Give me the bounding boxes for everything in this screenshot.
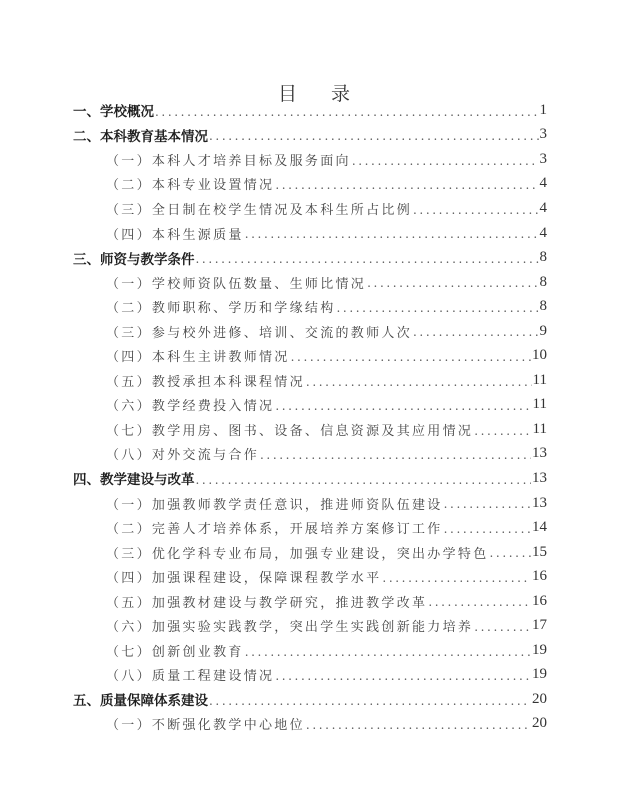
toc-subentry[interactable]: （八）对外交流与合作 13 <box>0 442 547 467</box>
toc-page-number: 13 <box>532 445 547 462</box>
dot-leader <box>306 376 532 393</box>
toc-entry-label: （八）对外交流与合作 <box>106 444 259 463</box>
dot-leader <box>245 228 539 245</box>
toc-entry-label: （二）本科专业设置情况 <box>106 174 274 193</box>
toc-page-number: 3 <box>540 151 548 168</box>
toc-page-number: 19 <box>532 642 547 659</box>
toc-entry-label: 四、教学建设与改革 <box>73 468 195 488</box>
dot-leader <box>196 474 532 491</box>
document-page: 目 录 一、学校概况 1 二、本科教育基本情况 3 （一）本科人才培养目标及服务… <box>0 0 628 812</box>
toc-entry-label: （六）教学经费投入情况 <box>106 395 274 414</box>
toc-subentry[interactable]: （五）加强教材建设与教学研究，推进教学改革 16 <box>0 589 547 614</box>
toc-entry-label: （二）教师职称、学历和学缘结构 <box>106 297 336 316</box>
toc-entry-label: （五）加强教材建设与教学研究，推进教学改革 <box>106 592 427 611</box>
dot-leader <box>428 596 531 613</box>
toc-entry-label: （二）完善人才培养体系，开展培养方案修订工作 <box>106 518 443 537</box>
toc-subentry[interactable]: （一）学校师资队伍数量、生师比情况 8 <box>0 270 547 295</box>
toc-entry-label: （三）参与校外进修、培训、交流的教师人次 <box>106 322 412 341</box>
toc-page-number: 4 <box>540 225 548 242</box>
toc-entry-label: （七）教学用房、图书、设备、信息资源及其应用情况 <box>106 420 473 439</box>
dot-leader <box>413 204 538 221</box>
dot-leader <box>196 253 539 270</box>
toc-page-number: 11 <box>533 372 547 389</box>
dot-leader <box>490 547 531 564</box>
toc-page-number: 11 <box>533 421 547 438</box>
toc-entry-label: （一）加强教师教学责任意识，推进师资队伍建设 <box>106 494 443 513</box>
toc-subentry[interactable]: （一）加强教师教学责任意识，推进师资队伍建设 13 <box>0 491 547 516</box>
dot-leader <box>209 130 539 147</box>
toc-page-number: 8 <box>540 274 548 291</box>
toc-entry-label: （四）本科生主讲教师情况 <box>106 346 290 365</box>
dot-leader <box>474 425 531 442</box>
toc-entry-label: （五）教授承担本科课程情况 <box>106 371 305 390</box>
toc-subentry[interactable]: （一）本科人才培养目标及服务面向 3 <box>0 147 547 172</box>
dot-leader <box>367 277 538 294</box>
toc-entry-label: （一）本科人才培养目标及服务面向 <box>106 150 351 169</box>
toc-page-number: 1 <box>540 102 548 119</box>
toc-entry-label: 一、学校概况 <box>73 100 154 120</box>
toc-page-number: 20 <box>532 691 547 708</box>
toc-page-number: 13 <box>532 495 547 512</box>
toc-page-number: 11 <box>533 396 547 413</box>
toc-page-number: 16 <box>532 593 547 610</box>
toc-page-number: 3 <box>540 126 548 143</box>
dot-leader <box>474 621 531 638</box>
dot-leader <box>352 155 539 172</box>
toc-entry-label: 五、质量保障体系建设 <box>73 689 208 709</box>
dot-leader <box>413 326 538 343</box>
toc-subentry[interactable]: （二）本科专业设置情况 4 <box>0 172 547 197</box>
toc-subentry[interactable]: （一）不断强化教学中心地位 20 <box>0 712 547 737</box>
dot-leader <box>275 400 531 417</box>
toc-entry-label: （一）不断强化教学中心地位 <box>106 714 305 733</box>
toc-entry[interactable]: 三、师资与教学条件 8 <box>0 245 547 270</box>
toc-page-number: 17 <box>532 617 547 634</box>
toc-subentry[interactable]: （六）加强实验实践教学，突出学生实践创新能力培养 17 <box>0 613 547 638</box>
dot-leader <box>444 523 531 540</box>
toc-subentry[interactable]: （八）质量工程建设情况 19 <box>0 663 547 688</box>
dot-leader <box>209 695 531 712</box>
dot-leader <box>275 670 531 687</box>
toc-subentry[interactable]: （二）教师职称、学历和学缘结构 8 <box>0 294 547 319</box>
toc-page-number: 20 <box>532 715 547 732</box>
toc-subentry[interactable]: （四）本科生主讲教师情况 10 <box>0 343 547 368</box>
toc-entry-label: （三）优化学科专业布局，加强专业建设，突出办学特色 <box>106 543 489 562</box>
toc-page-number: 19 <box>532 666 547 683</box>
dot-leader <box>306 719 531 736</box>
toc-subentry[interactable]: （五）教授承担本科课程情况 11 <box>0 368 547 393</box>
dot-leader <box>382 572 531 589</box>
toc-page-number: 13 <box>532 470 547 487</box>
toc-page-number: 4 <box>540 175 548 192</box>
toc-subentry[interactable]: （二）完善人才培养体系，开展培养方案修订工作 14 <box>0 515 547 540</box>
toc-page-number: 4 <box>540 200 548 217</box>
toc-page-number: 14 <box>532 519 547 536</box>
toc-page-number: 10 <box>532 347 547 364</box>
toc-entry-label: 三、师资与教学条件 <box>73 248 195 268</box>
toc-page-number: 15 <box>532 544 547 561</box>
table-of-contents: 一、学校概况 1 二、本科教育基本情况 3 （一）本科人才培养目标及服务面向 3… <box>0 98 628 736</box>
toc-subentry[interactable]: （四）本科生源质量 4 <box>0 221 547 246</box>
toc-page-number: 9 <box>540 323 548 340</box>
toc-page-number: 8 <box>540 249 548 266</box>
dot-leader <box>260 449 531 466</box>
toc-entry-label: （七）创新创业教育 <box>106 641 244 660</box>
toc-entry-label: （六）加强实验实践教学，突出学生实践创新能力培养 <box>106 616 473 635</box>
toc-entry-label: 二、本科教育基本情况 <box>73 125 208 145</box>
dot-leader <box>155 106 539 123</box>
toc-entry-label: （四）本科生源质量 <box>106 224 244 243</box>
toc-subentry[interactable]: （三）优化学科专业布局，加强专业建设，突出办学特色 15 <box>0 540 547 565</box>
toc-entry[interactable]: 五、质量保障体系建设 20 <box>0 687 547 712</box>
toc-entry-label: （八）质量工程建设情况 <box>106 665 274 684</box>
dot-leader <box>245 646 531 663</box>
dot-leader <box>275 179 538 196</box>
dot-leader <box>291 351 531 368</box>
toc-subentry[interactable]: （七）教学用房、图书、设备、信息资源及其应用情况 11 <box>0 417 547 442</box>
toc-subentry[interactable]: （三）参与校外进修、培训、交流的教师人次 9 <box>0 319 547 344</box>
dot-leader <box>337 302 539 319</box>
toc-entry[interactable]: 四、教学建设与改革 13 <box>0 466 547 491</box>
toc-entry-label: （四）加强课程建设，保障课程教学水平 <box>106 567 381 586</box>
toc-entry-label: （三）全日制在校学生情况及本科生所占比例 <box>106 199 412 218</box>
toc-page-number: 16 <box>532 568 547 585</box>
toc-subentry[interactable]: （四）加强课程建设，保障课程教学水平 16 <box>0 564 547 589</box>
dot-leader <box>444 498 531 515</box>
toc-subentry[interactable]: （三）全日制在校学生情况及本科生所占比例 4 <box>0 196 547 221</box>
toc-entry[interactable]: 一、学校概况 1 <box>0 98 547 123</box>
toc-entry-label: （一）学校师资队伍数量、生师比情况 <box>106 273 366 292</box>
toc-subentry[interactable]: （七）创新创业教育 19 <box>0 638 547 663</box>
toc-subentry[interactable]: （六）教学经费投入情况 11 <box>0 393 547 418</box>
toc-page-number: 8 <box>540 298 548 315</box>
toc-entry[interactable]: 二、本科教育基本情况 3 <box>0 123 547 148</box>
